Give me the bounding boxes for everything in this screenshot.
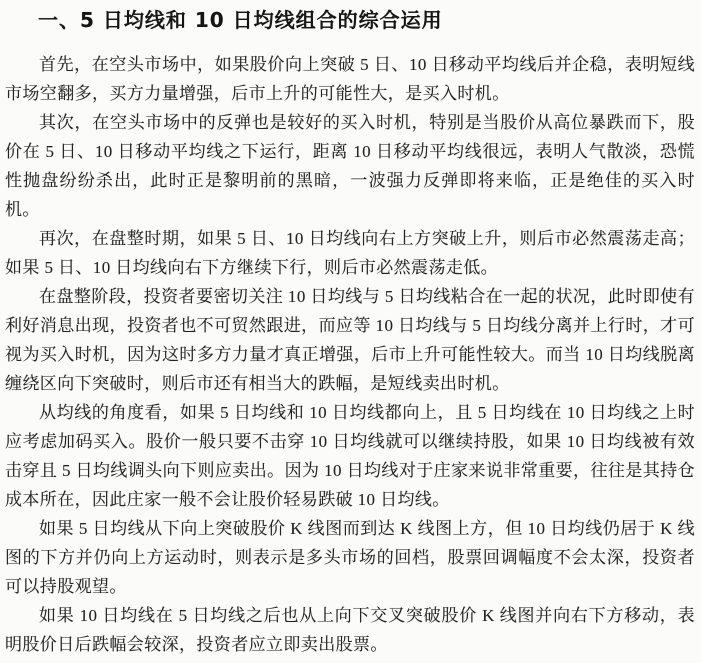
- paragraph-ma-entanglement: 在盘整阶段，投资者要密切关注 10 日均线与 5 日均线粘合在一起的状况，此时即…: [5, 282, 695, 398]
- section-heading: 一、5 日均线和 10 日均线组合的综合运用: [38, 8, 695, 32]
- paragraph-first-buy-signal: 首先，在空头市场中，如果股价向上突破 5 日、10 日移动平均线后并企稳，表明短…: [5, 50, 695, 108]
- paragraph-5day-cross-above-k: 如果 5 日均线从下向上突破股价 K 线图而到达 K 线图上方，但 10 日均线…: [5, 514, 695, 601]
- paragraph-consolidation-breakout: 再次，在盘整时期，如果 5 日、10 日均线向右上方突破上升，则后市必然震荡走高…: [5, 224, 695, 282]
- body-text: 首先，在空头市场中，如果股价向上突破 5 日、10 日移动平均线后并企稳，表明短…: [5, 50, 695, 659]
- paragraph-10day-cross-below-k: 如果 10 日均线在 5 日均线之后也从上向下交叉突破股价 K 线图并向右下方移…: [5, 601, 695, 659]
- paragraph-rebound-buy-signal: 其次，在空头市场中的反弹也是较好的买入时机，特别是当股价从高位暴跌而下，股价在 …: [5, 108, 695, 224]
- book-page: 一、5 日均线和 10 日均线组合的综合运用 首先，在空头市场中，如果股价向上突…: [0, 0, 701, 663]
- paragraph-holding-rules: 从均线的角度看，如果 5 日均线和 10 日均线都向上，且 5 日均线在 10 …: [5, 398, 695, 514]
